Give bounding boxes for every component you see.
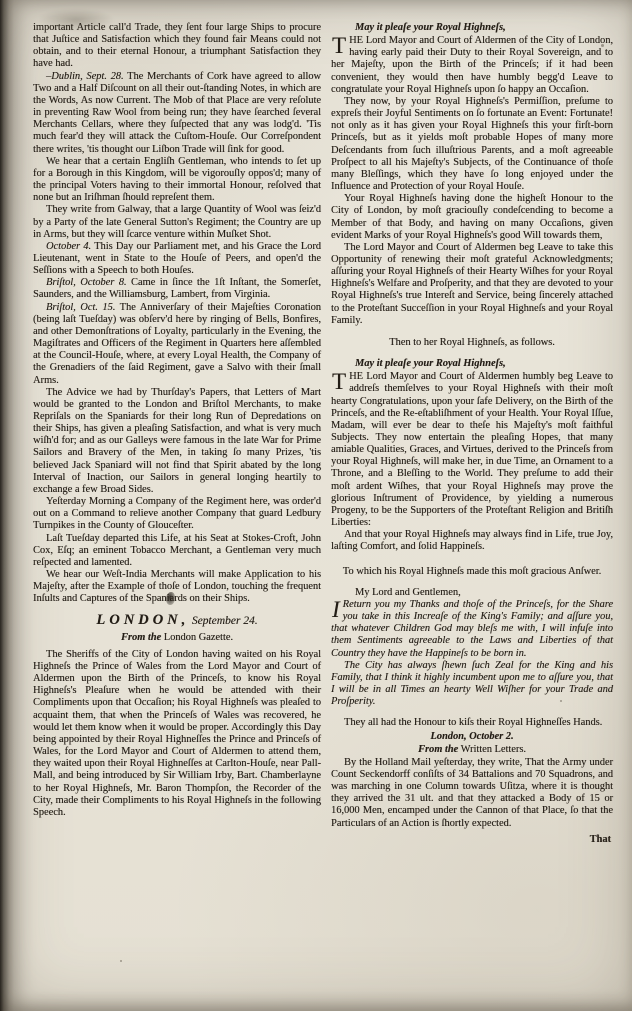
left-column: important Article call'd Trade, they ſen… — [33, 22, 321, 819]
source-lead: From the — [121, 632, 161, 643]
drop-capital: T — [331, 35, 349, 55]
speech1-paragraph: The Lord Mayor and Court of Aldermen beg… — [331, 242, 613, 327]
transition-line: Then to her Royal Highneſs, as follows. — [331, 337, 613, 349]
paragraph-text: The Sheriffs of the City of London havin… — [33, 649, 321, 818]
dateline-lead: Briſtol, Oct. 15. — [46, 302, 115, 313]
dateline-lead: –Dublin, Sept. 28. — [46, 71, 124, 82]
paragraph-text: Laſt Tueſday departed this Life, at his … — [33, 533, 321, 568]
paragraph-text: HE Lord Mayor and Court of Aldermen of t… — [331, 35, 613, 95]
kiss-hands-line: They all had the Honour to kiſs their Ro… — [331, 717, 613, 729]
written-letters-source-line: From the Written Letters. — [331, 744, 613, 756]
news-item-regiment-command: Yeſterday Morning a Company of the Regim… — [33, 496, 321, 532]
paragraph-text: They write from Galway, that a large Qua… — [33, 204, 321, 239]
news-item-john-cox-obituary: Laſt Tueſday departed this Life, at his … — [33, 533, 321, 569]
paragraph-text: The Anniverſary of their Majeſties Coron… — [33, 302, 321, 386]
news-item-english-gentleman: We hear that a certain Engliſh Gentleman… — [33, 156, 321, 205]
paragraph-text: By the Holland Mail yeſterday, they writ… — [331, 757, 613, 829]
speech2-paragraph: And that your Royal Highneſs may always … — [331, 529, 613, 553]
paper-speck — [120, 960, 122, 962]
news-item-parliament: October 4. This Day our Parliament met, … — [33, 241, 321, 277]
speech1-paragraph: Your Royal Highneſs having done the high… — [331, 193, 613, 242]
drop-capital: I — [331, 599, 343, 619]
london-october-dateline: London, October 2. — [331, 731, 613, 743]
newspaper-page-scan: important Article call'd Trade, they ſen… — [0, 0, 632, 1011]
dateline-city: LONDON, — [96, 612, 189, 628]
dateline-lead: Briſtol, October 8. — [46, 277, 127, 288]
news-item-letters-of-mart: The Advice we had by Thurſday's Papers, … — [33, 387, 321, 496]
source-lead: From the — [418, 744, 458, 755]
paragraph-text: The Advice we had by Thurſday's Papers, … — [33, 387, 321, 495]
paragraph-text: The Lord Mayor and Court of Aldermen beg… — [331, 242, 613, 326]
source-name: Written Letters. — [461, 744, 526, 755]
news-item-galway: They write from Galway, that a large Qua… — [33, 204, 321, 240]
paragraph-text: The Merchants of Cork have agreed to all… — [33, 71, 321, 155]
paragraph-text: They now, by your Royal Highneſs's Permi… — [331, 96, 613, 192]
paragraph-trade-continuation: important Article call'd Trade, they ſen… — [33, 22, 321, 71]
paragraph-text: They all had the Honour to kiſs their Ro… — [344, 717, 602, 728]
holland-mail-paragraph: By the Holland Mail yeſterday, they writ… — [331, 757, 613, 830]
paragraph-text: And that your Royal Highneſs may always … — [331, 529, 613, 552]
dateline-lead: October 4. — [46, 241, 91, 252]
news-item-bristol-oct8: Briſtol, October 8. Came in ſince the 1ſ… — [33, 277, 321, 301]
speech2-paragraph: THE Lord Mayor and Court of Aldermen hum… — [331, 371, 613, 529]
paragraph-text: The City has always ſhewn ſuch Zeal for … — [331, 660, 613, 707]
speech1-heading: May it pleaſe your Royal Highneſs, — [331, 22, 613, 34]
drop-capital: T — [331, 371, 349, 391]
answer-intro-line: To which his Royal Highneſs made this mo… — [341, 566, 603, 578]
speech1-paragraph: THE Lord Mayor and Court of Aldermen of … — [331, 35, 613, 96]
right-column: May it pleaſe your Royal Highneſs, THE L… — [331, 20, 613, 846]
answer-salutation: My Lord and Gentlemen, — [331, 587, 613, 599]
paragraph-text: Return you my Thanks and thoſe of the Pr… — [331, 599, 613, 659]
royal-answer-paragraph: The City has always ſhewn ſuch Zeal for … — [331, 660, 613, 709]
speech1-paragraph: They now, by your Royal Highneſs's Permi… — [331, 96, 613, 193]
news-item-dublin: –Dublin, Sept. 28. The Merchants of Cork… — [33, 71, 321, 156]
sheriffs-paragraph: The Sheriffs of the City of London havin… — [33, 649, 321, 819]
dateline-date: September 24. — [192, 615, 258, 627]
paragraph-text: We hear that a certain Engliſh Gentleman… — [33, 156, 321, 203]
gazette-source-line: From the London Gazette. — [33, 632, 321, 644]
speech2-heading: May it pleaſe your Royal Highneſs, — [331, 358, 613, 370]
paragraph-text: Your Royal Highneſs having done the high… — [331, 193, 613, 240]
paragraph-text: HE Lord Mayor and Court of Aldermen humb… — [331, 371, 613, 528]
source-name: London Gazette. — [164, 632, 233, 643]
page-gutter-shadow — [0, 0, 14, 1011]
london-dateline: LONDON, September 24. — [33, 614, 321, 628]
paragraph-text: important Article call'd Trade, they ſen… — [33, 22, 321, 69]
catchword: That — [331, 834, 613, 846]
paragraph-text: We hear our Weſt-India Merchants will ma… — [33, 569, 321, 604]
paragraph-text: Yeſterday Morning a Company of the Regim… — [33, 496, 321, 531]
news-item-bristol-oct15: Briſtol, Oct. 15. The Anniverſary of the… — [33, 302, 321, 387]
royal-answer-paragraph: IReturn you my Thanks and thoſe of the P… — [331, 599, 613, 660]
news-item-west-india-merchants: We hear our Weſt-India Merchants will ma… — [33, 569, 321, 605]
